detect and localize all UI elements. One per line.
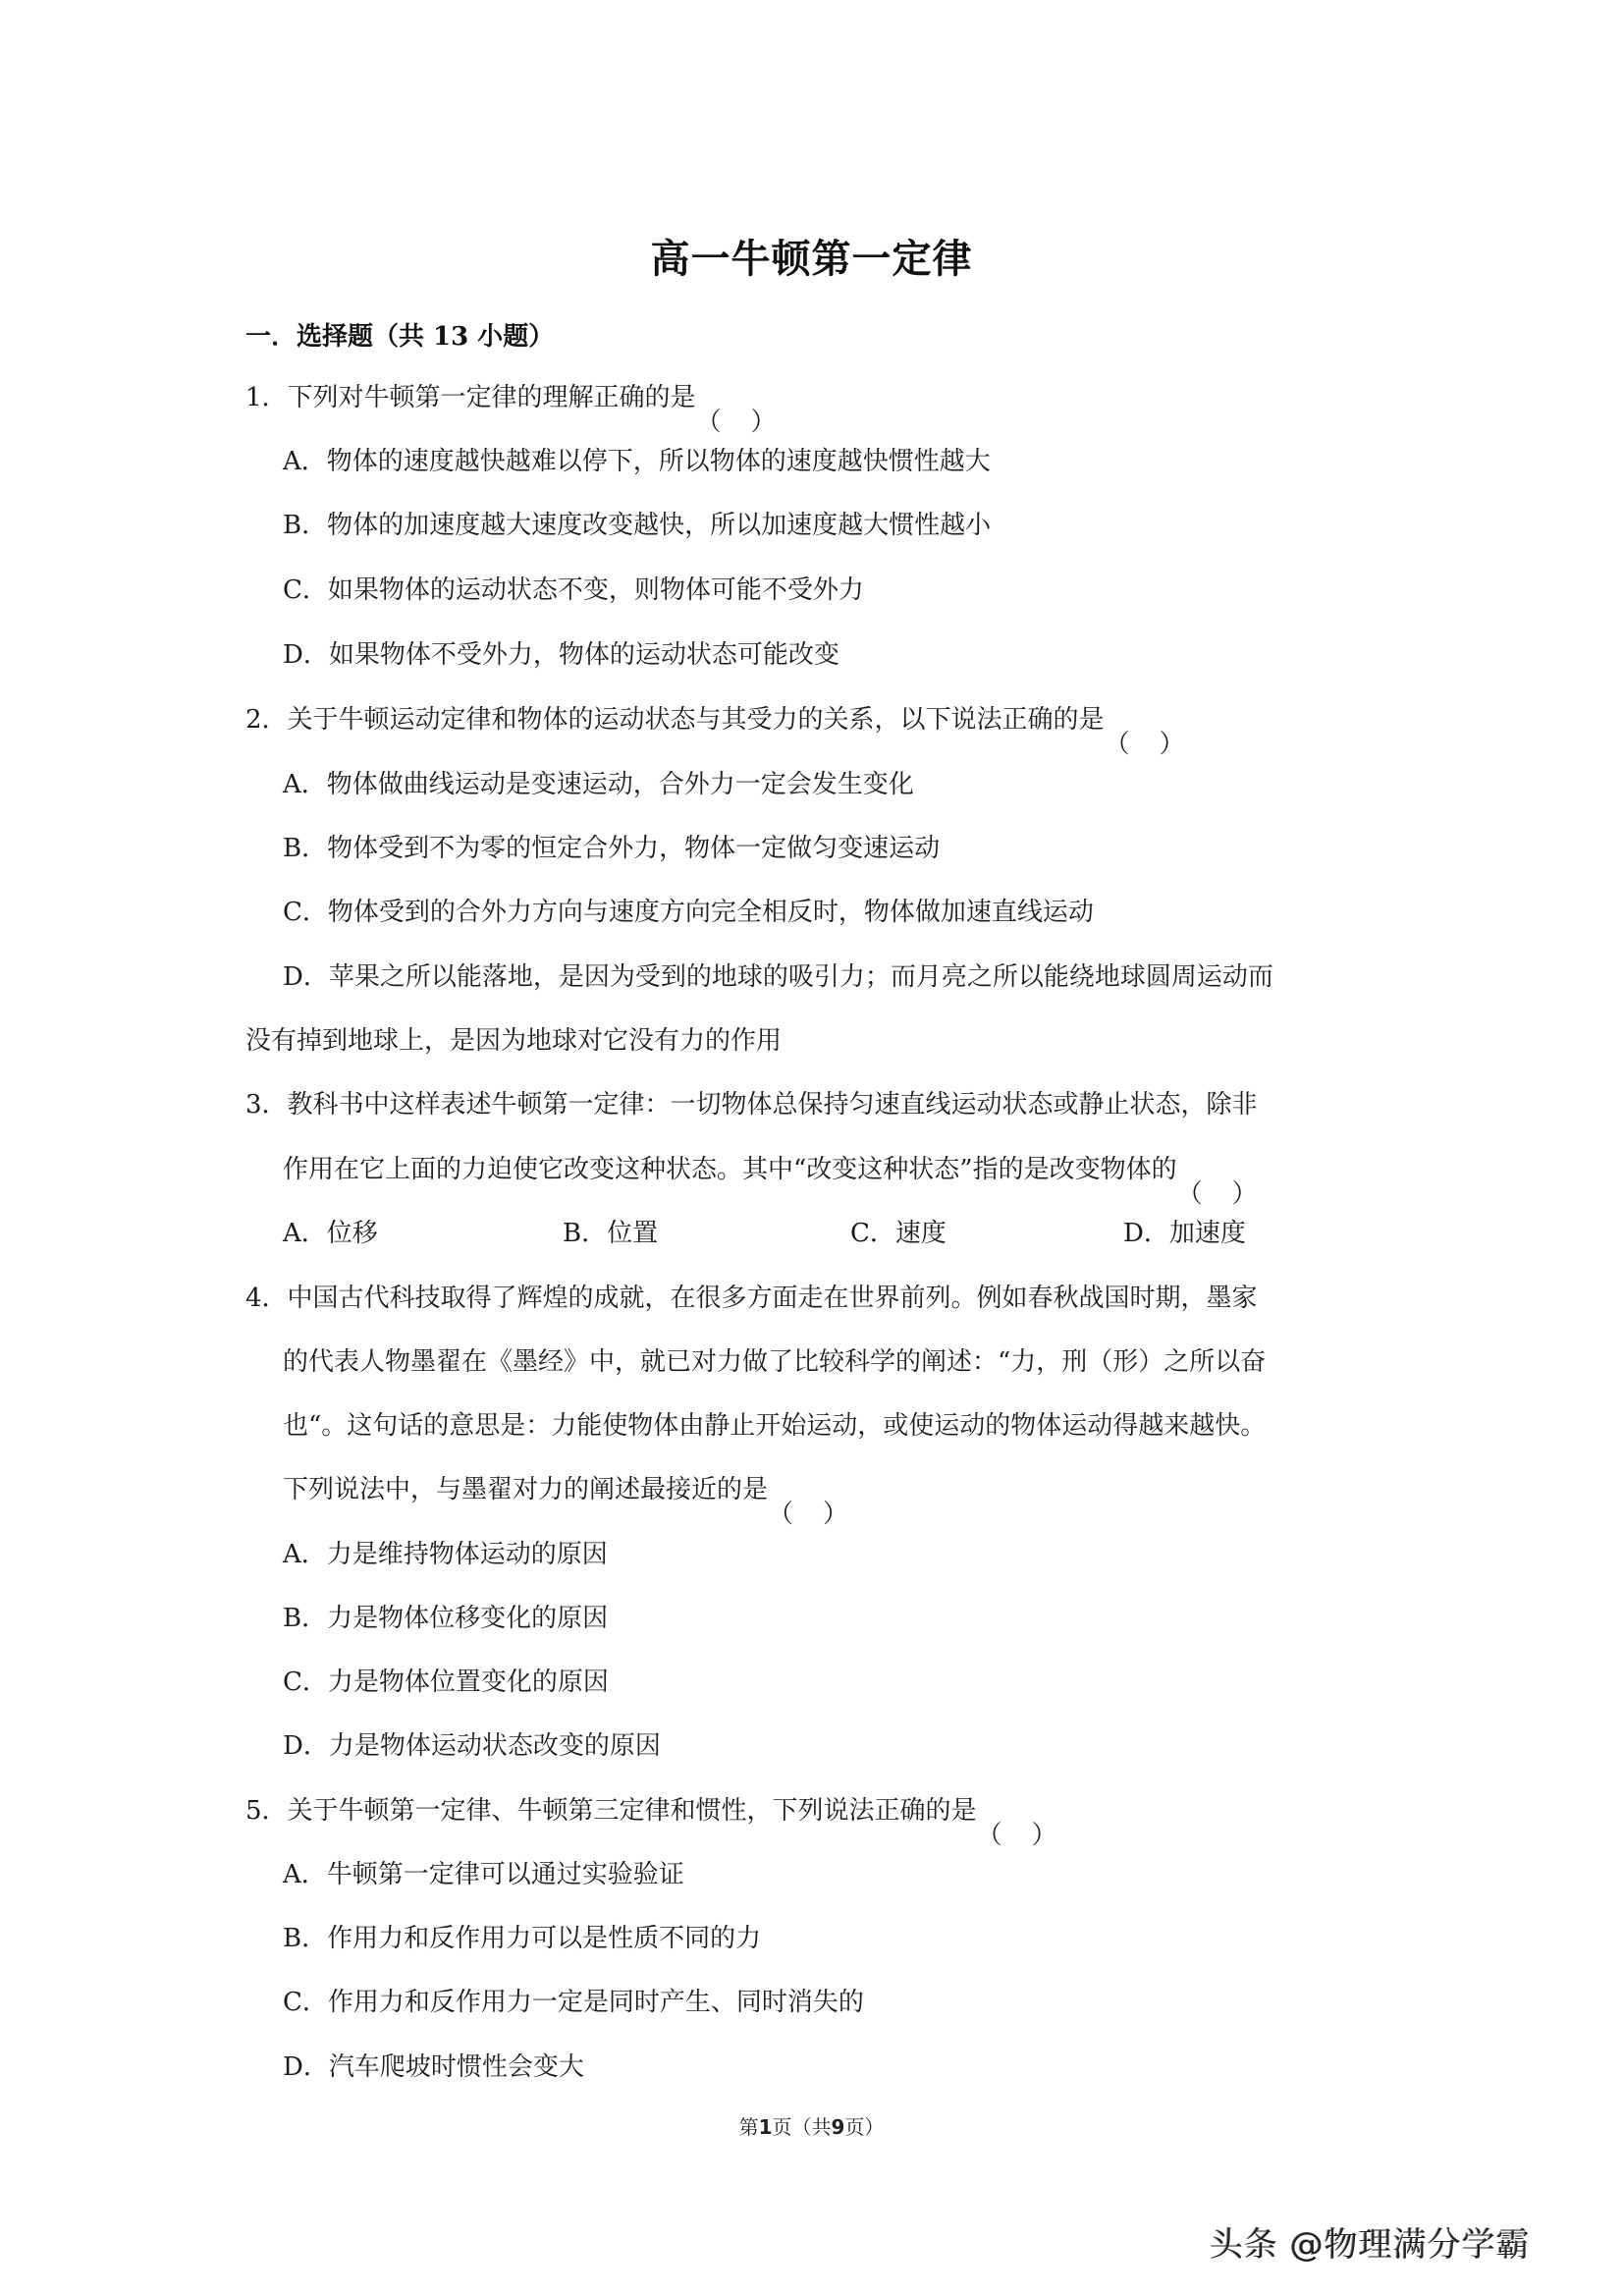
question-2-option-c: C．物体受到的合外力方向与速度方向完全相反时，物体做加速直线运动 (283, 896, 1094, 929)
question-5-option-c: C．作用力和反作用力一定是同时产生、同时消失的 (283, 1986, 864, 2019)
watermark: 头条 @物理满分学霸 (1210, 2217, 1531, 2266)
question-number: 2． (245, 703, 288, 737)
question-1-option-a: A．物体的速度越快越难以停下，所以物体的速度越快惯性越大 (283, 445, 991, 478)
question-3-option-b: B．位置 (563, 1217, 658, 1250)
question-number: 5． (245, 1794, 288, 1828)
question-3-stem-line2: 作用在它上面的力迫使它改变这种状态。其中“改变这种状态”指的是改变物体的 (283, 1153, 1258, 1186)
question-2-option-d: D．苹果之所以能落地，是因为受到的地球的吸引力；而月亮之所以能绕地球圆周运动而 (283, 960, 1273, 994)
question-1-option-c: C．如果物体的运动状态不变，则物体可能不受外力 (283, 574, 864, 607)
question-1-option-d: D．如果物体不受外力，物体的运动状态可能改变 (283, 638, 839, 672)
document-page: 高一牛顿第一定律 一．选择题（共 13 小题） 1．下列对牛顿第一定律的理解正确… (0, 0, 1623, 2296)
question-2-option-a: A．物体做曲线运动是变速运动，合外力一定会发生变化 (283, 768, 914, 801)
question-4-option-a: A．力是维持物体运动的原因 (283, 1538, 608, 1571)
question-5-option-d: D．汽车爬坡时惯性会变大 (283, 2050, 584, 2084)
question-1-stem: 1．下列对牛顿第一定律的理解正确的是 (245, 381, 777, 414)
section-heading: 一．选择题（共 13 小题） (245, 316, 554, 353)
question-4-option-b: B．力是物体位移变化的原因 (283, 1602, 608, 1635)
question-3-option-c: C．速度 (850, 1217, 947, 1250)
question-3-option-a: A．位移 (283, 1217, 378, 1250)
question-4-stem-line4: 下列说法中，与墨翟对力的阐述最接近的是 (283, 1473, 848, 1506)
total-pages: 9 (832, 2115, 845, 2139)
page-number-footer: 第1页（共9页） (0, 2111, 1623, 2140)
question-3-stem-line1: 3．教科书中这样表述牛顿第一定律：一切物体总保持匀速直线运动状态或静止状态，除非 (245, 1088, 1258, 1121)
question-5-option-b: B．作用力和反作用力可以是性质不同的力 (283, 1922, 761, 1955)
question-5-option-a: A．牛顿第一定律可以通过实验验证 (283, 1858, 684, 1891)
question-number: 1． (245, 381, 288, 414)
current-page: 1 (759, 2115, 773, 2139)
page-title: 高一牛顿第一定律 (0, 228, 1623, 284)
question-1-option-b: B．物体的加速度越大速度改变越快，所以加速度越大惯性越小 (283, 509, 991, 542)
question-2-stem: 2．关于牛顿运动定律和物体的运动状态与其受力的关系，以下说法正确的是 (245, 703, 1185, 737)
question-5-stem: 5．关于牛顿第一定律、牛顿第三定律和惯性，下列说法正确的是 (245, 1794, 1057, 1828)
question-3-option-d: D．加速度 (1123, 1217, 1246, 1250)
question-2-option-b: B．物体受到不为零的恒定合外力，物体一定做匀变速运动 (283, 832, 940, 865)
question-2-option-d-continuation: 没有掉到地球上，是因为地球对它没有力的作用 (245, 1024, 782, 1058)
question-number: 3． (245, 1088, 288, 1121)
question-4-option-c: C．力是物体位置变化的原因 (283, 1666, 609, 1699)
question-4-stem-line3: 也“。这句话的意思是：力能使物体由静止开始运动，或使运动的物体运动得越来越快。 (283, 1409, 1266, 1443)
question-number: 4． (245, 1282, 288, 1315)
question-4-stem-line2: 的代表人物墨翟在《墨经》中，就已对力做了比较科学的阐述：“力，刑（形）之所以奋 (283, 1345, 1266, 1379)
question-4-option-d: D．力是物体运动状态改变的原因 (283, 1729, 661, 1763)
question-4-stem-line1: 4．中国古代科技取得了辉煌的成就，在很多方面走在世界前列。例如春秋战国时期，墨家 (245, 1282, 1258, 1315)
